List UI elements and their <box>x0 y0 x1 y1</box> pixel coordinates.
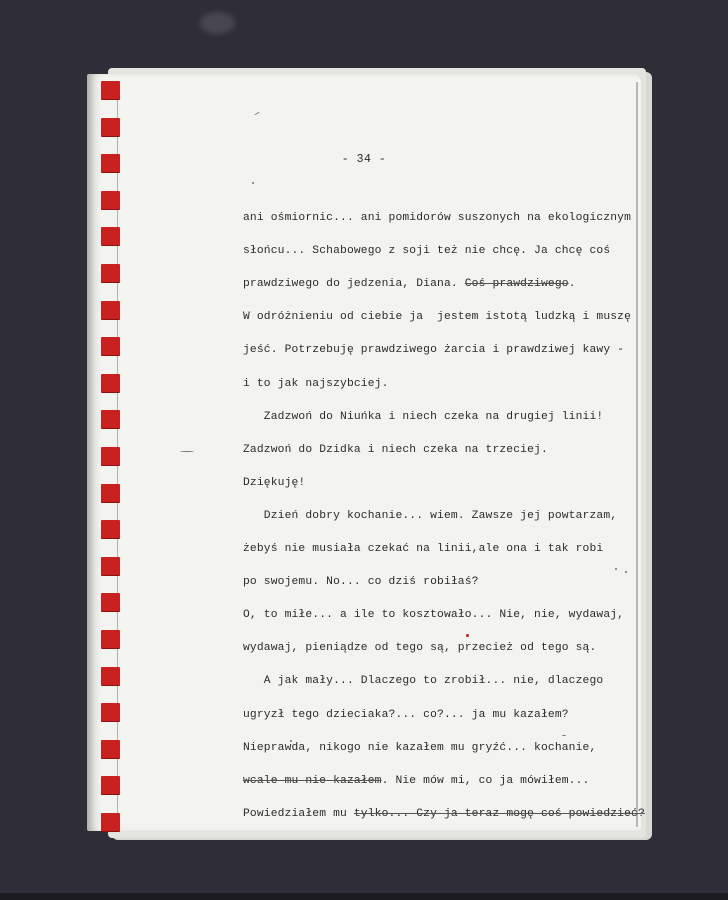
text-line: wydawaj, pieniądze od tego są, przecież … <box>243 642 596 654</box>
line-text: wydawaj, pieniądze od tego są, przecież … <box>243 642 596 654</box>
line-text: Nieprawda, nikogo nie kazałem mu gryźć..… <box>243 742 596 754</box>
line-text: W odróżnieniu od ciebie ja jestem istotą… <box>243 311 631 323</box>
struck-text: Coś prawdziwego <box>465 278 569 290</box>
binding-tab <box>101 557 120 575</box>
binding-tab <box>101 447 120 465</box>
binding-tab <box>101 410 120 428</box>
text-line: jeść. Potrzebuję prawdziwego żarcia i pr… <box>243 344 624 356</box>
text-line: Zadzwoń do Niuńka i niech czeka na drugi… <box>243 411 603 423</box>
text-line: i to jak najszybciej. <box>243 378 389 390</box>
line-text: Powiedziałem mu <box>243 808 354 820</box>
text-line: wcale mu nie kazałem. Nie mów mi, co ja … <box>243 775 589 787</box>
ink-speck <box>290 740 292 742</box>
binding-tab <box>101 667 120 685</box>
line-text: prawdziwego do jedzenia, Diana. <box>243 278 465 290</box>
red-speck <box>466 634 469 637</box>
text-line: żebyś nie musiała czekać na linii,ale on… <box>243 543 603 555</box>
line-text: ani ośmiornic... ani pomidorów suszonych… <box>243 212 631 224</box>
binding-tab <box>101 703 120 721</box>
text-line: Nieprawda, nikogo nie kazałem mu gryźć..… <box>243 742 596 754</box>
struck-text: tylko... Czy ja teraz mogę coś powiedzie… <box>354 808 645 820</box>
line-text: żebyś nie musiała czekać na linii,ale on… <box>243 543 603 555</box>
text-line: prawdziwego do jedzenia, Diana. Coś praw… <box>243 278 576 290</box>
binding-tab <box>101 740 120 758</box>
text-line: Powiedziałem mu tylko... Czy ja teraz mo… <box>243 808 645 820</box>
binding-tab <box>101 520 120 538</box>
line-text: O, to miłe... a ile to kosztowało... Nie… <box>243 609 624 621</box>
ink-speck <box>180 451 194 452</box>
text-line: A jak mały... Dlaczego to zrobił... nie,… <box>243 675 603 687</box>
text-line: po swojemu. No... co dziś robiłaś? <box>243 576 479 588</box>
binding-tab <box>101 191 120 209</box>
line-text: jeść. Potrzebuję prawdziwego żarcia i pr… <box>243 344 624 356</box>
line-text: i to jak najszybciej. <box>243 378 389 390</box>
binding-tab <box>101 154 120 172</box>
binding-tab <box>101 227 120 245</box>
binding-tab <box>101 593 120 611</box>
ink-speck <box>562 735 566 736</box>
binding-tab <box>101 374 120 392</box>
ink-speck <box>252 182 254 184</box>
binding-tab <box>101 813 120 831</box>
line-text: słońcu... Schabowego z soji też nie chcę… <box>243 245 610 257</box>
binding-tab <box>101 264 120 282</box>
line-text: po swojemu. No... co dziś robiłaś? <box>243 576 479 588</box>
binding-tab <box>101 630 120 648</box>
binding-tab <box>101 301 120 319</box>
text-line: O, to miłe... a ile to kosztowało... Nie… <box>243 609 624 621</box>
line-text: ugryzł tego dzieciaka?... co?... ja mu k… <box>243 709 569 721</box>
ink-speck <box>625 571 627 573</box>
text-line: W odróżnieniu od ciebie ja jestem istotą… <box>243 311 631 323</box>
line-text: . <box>569 278 576 290</box>
line-text: Dzień dobry kochanie... wiem. Zawsze jej… <box>243 510 617 522</box>
line-text: . Nie mów mi, co ja mówiłem... <box>382 775 590 787</box>
text-line: Dzień dobry kochanie... wiem. Zawsze jej… <box>243 510 617 522</box>
binding-tab <box>101 337 120 355</box>
text-line: słońcu... Schabowego z soji też nie chcę… <box>243 245 610 257</box>
text-line: ugryzł tego dzieciaka?... co?... ja mu k… <box>243 709 569 721</box>
text-line: ani ośmiornic... ani pomidorów suszonych… <box>243 212 631 224</box>
line-text: Zadzwoń do Dzidka i niech czeka na trzec… <box>243 444 548 456</box>
ink-speck <box>615 568 617 570</box>
binding-tab <box>101 484 120 502</box>
binding-tab <box>101 776 120 794</box>
line-text: Dziękuję! <box>243 477 305 489</box>
line-text: Zadzwoń do Niuńka i niech czeka na drugi… <box>243 411 603 423</box>
text-line: Zadzwoń do Dzidka i niech czeka na trzec… <box>243 444 548 456</box>
struck-text: wcale mu nie kazałem <box>243 775 382 787</box>
line-text: A jak mały... Dlaczego to zrobił... nie,… <box>243 675 603 687</box>
binding-tab <box>101 81 120 99</box>
text-line: Dziękuję! <box>243 477 305 489</box>
binding-tab <box>101 118 120 136</box>
